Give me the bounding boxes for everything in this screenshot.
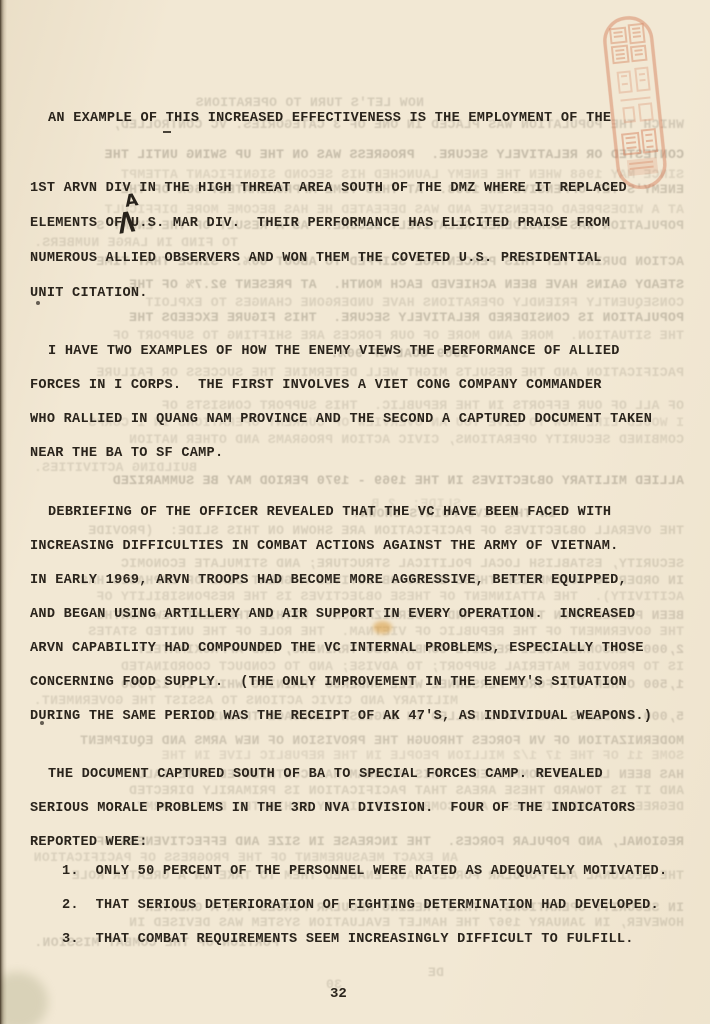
bleed-line: CONTESTED OR RELATIVELY SECURE. PROGRESS… — [30, 148, 684, 162]
bleed-line: ALLIED MILITARY OBJECTIVES IN THE 1969 -… — [30, 474, 684, 488]
bleed-line: DE — [30, 966, 684, 980]
stray-period-mark — [36, 301, 40, 305]
stray-period-mark — [40, 721, 44, 725]
typed-line: NEAR THE BA TO SF CAMP. — [30, 437, 685, 471]
typed-line: THE DOCUMENT CAPTURED SOUTH OF BA TO SPE… — [30, 758, 685, 792]
paragraph: 1. ONLY 50 PERCENT OF THE PERSONNEL WERE… — [30, 855, 685, 957]
typed-line: 1. ONLY 50 PERCENT OF THE PERSONNEL WERE… — [30, 855, 685, 889]
typed-line: AND BEGAN USING ARTILLERY AND AIR SUPPOR… — [30, 598, 685, 632]
typed-line: UNIT CITATION. — [30, 276, 685, 311]
typed-line: 3. THAT COMBAT REQUIREMENTS SEEM INCREAS… — [30, 923, 685, 957]
typed-line: 2. THAT SERIOUS DETERIORATION OF FIGHTIN… — [30, 889, 685, 923]
underline-tick — [163, 131, 171, 133]
typed-line: INCREASING DIFFICULTIES IN COMBAT ACTION… — [30, 530, 685, 564]
insertion-caret-mark: Λ — [117, 206, 136, 241]
orange-stain — [373, 621, 392, 634]
paragraph: THE DOCUMENT CAPTURED SOUTH OF BA TO SPE… — [30, 758, 685, 860]
typed-line: I HAVE TWO EXAMPLES OF HOW THE ENEMY VIE… — [30, 335, 685, 369]
typed-line: CONCERNING FOOD SUPPLY. (THE ONLY IMPROV… — [30, 666, 685, 700]
typed-line: FORCES IN I CORPS. THE FIRST INVOLVES A … — [30, 369, 685, 403]
typed-line: AN EXAMPLE OF THIS INCREASED EFFECTIVENE… — [30, 102, 685, 136]
page-number: 32 — [330, 986, 347, 1002]
typed-line: DURING THE SAME PERIOD WAS THE RECEIPT O… — [30, 700, 685, 734]
typed-line: DEBRIEFING OF THE OFFICER REVEALED THAT … — [30, 496, 685, 530]
page-edge-shadow — [0, 0, 7, 1024]
bleed-line: POPULATION IS CONSIDERED RELATIVELY SECU… — [30, 311, 684, 325]
bleed-line: MODERNIZATION OF VN FORCES THROUGH THE P… — [30, 734, 684, 748]
typed-line: ARVN CAPABILITY HAD COMPOUNDED THE VC IN… — [30, 632, 685, 666]
paragraph: AN EXAMPLE OF THIS INCREASED EFFECTIVENE… — [30, 102, 685, 136]
paragraph: I HAVE TWO EXAMPLES OF HOW THE ENEMY VIE… — [30, 335, 685, 471]
document-page: NOW LET'S TURN TO OPERATIONSWHICH THE PO… — [0, 0, 710, 1024]
bleed-line: 30 — [30, 978, 684, 992]
green-stain — [0, 972, 48, 1024]
typed-line: SERIOUS MORALE PROBLEMS IN THE 3RD NVA D… — [30, 792, 685, 826]
paragraph: DEBRIEFING OF THE OFFICER REVEALED THAT … — [30, 496, 685, 734]
typed-line: WHO RALLIED IN QUANG NAM PROVINCE AND TH… — [30, 403, 685, 437]
typed-line: IN EARLY 1969, ARVN TROOPS HAD BECOME MO… — [30, 564, 685, 598]
typed-line: NUMEROUS ALLIED OBSERVERS AND WON THEM T… — [30, 241, 685, 276]
